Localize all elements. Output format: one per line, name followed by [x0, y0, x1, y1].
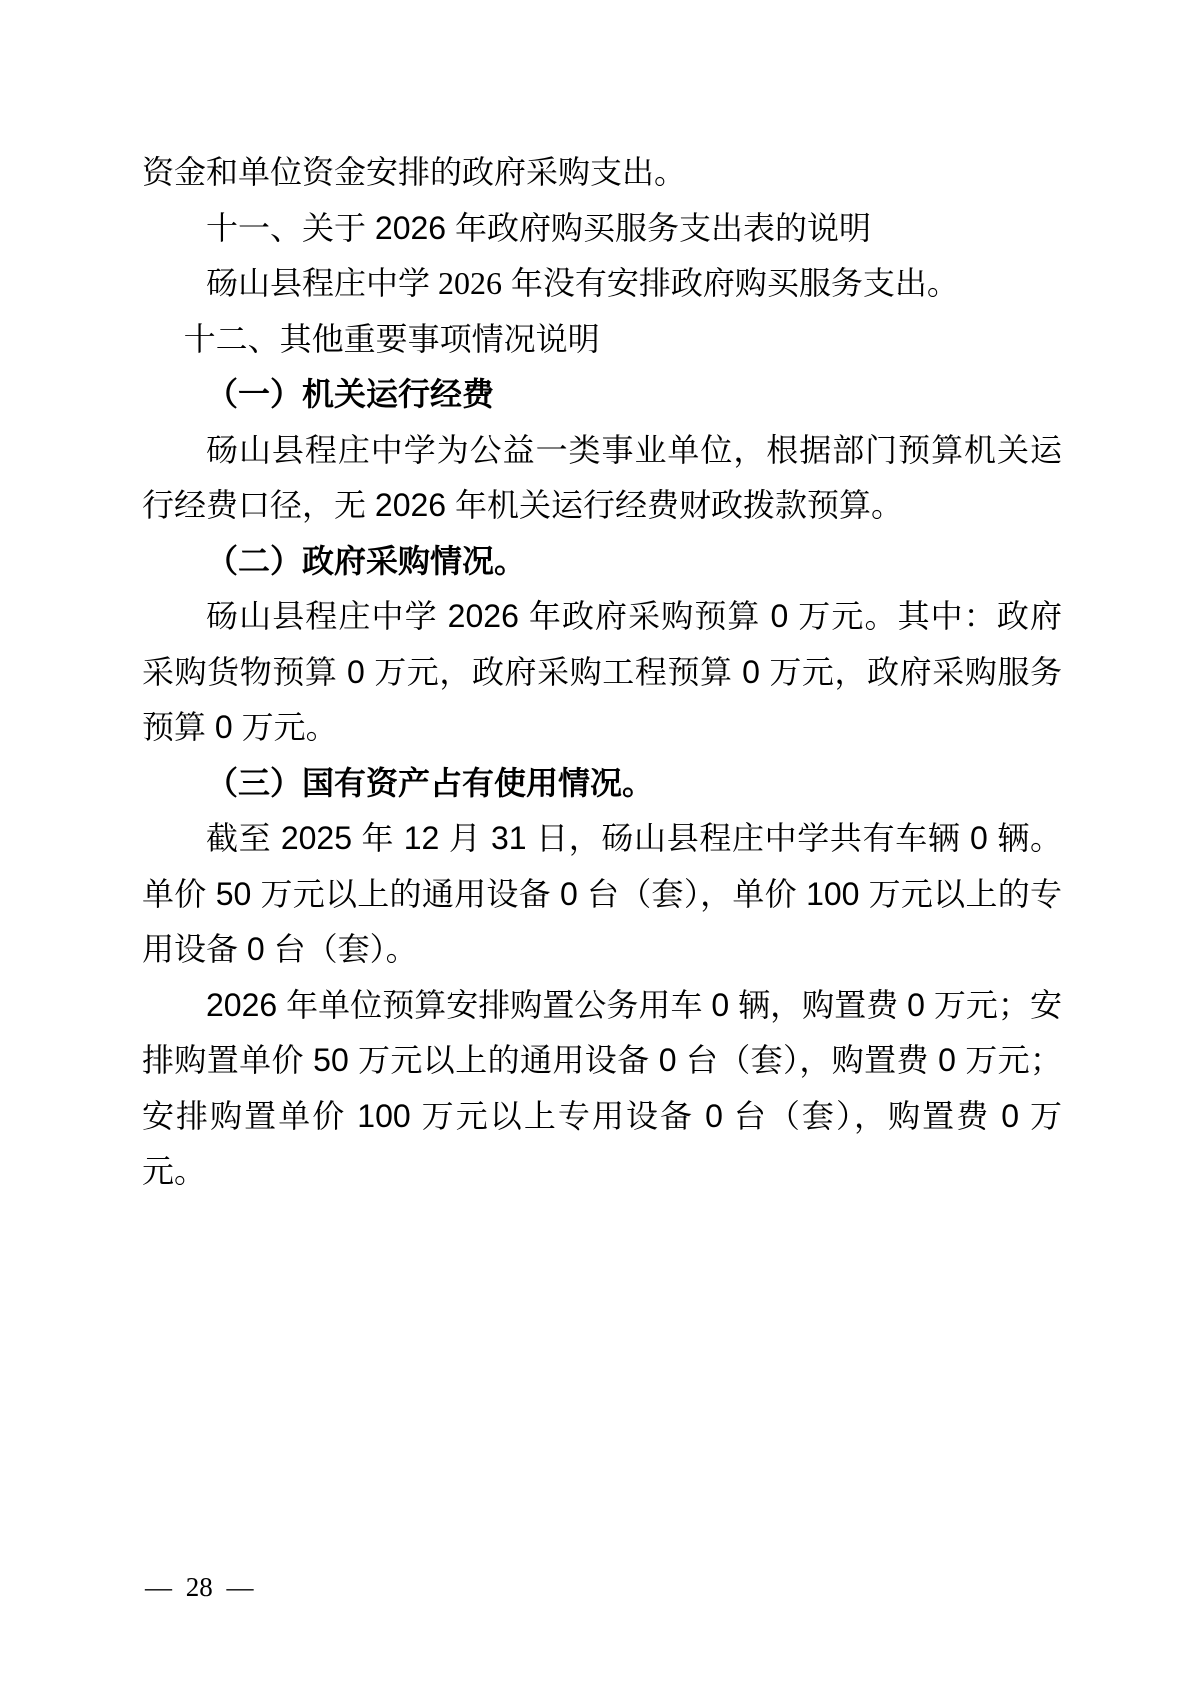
document-page: 资金和单位资金安排的政府采购支出。十一、关于 2026 年政府购买服务支出表的说… — [0, 0, 1190, 1683]
paragraph: 砀山县程庄中学 2026 年没有安排政府购买服务支出。 — [142, 256, 1062, 312]
text-run: 砀山县 — [206, 432, 305, 468]
paragraph: 2026 年单位预算安排购置公务用车 0 辆，购置费 0 万元；安排购置单价 5… — [142, 978, 1062, 1200]
unit-name-text: 程庄中学 — [699, 820, 830, 856]
section-heading: （三）国有资产占有使用情况。 — [142, 756, 1062, 812]
text-run: （一）机关运行经费 — [206, 376, 494, 412]
text-run: 砀山县 — [206, 598, 305, 634]
text-run: 2026 年单位预算安排购置公务用车 0 辆，购置费 0 万元；安排购置单价 5… — [142, 987, 1062, 1190]
section-heading: （二）政府采购情况。 — [142, 534, 1062, 590]
paragraph: 十二、其他重要事项情况说明 — [142, 312, 1062, 368]
unit-name-text: 程庄中学 2026 — [302, 265, 502, 301]
text-run: 十二、其他重要事项情况说明 — [184, 321, 600, 357]
unit-name-text: 程庄中学 — [305, 598, 437, 634]
text-run: （二）政府采购情况。 — [206, 543, 526, 579]
text-run: 砀山县 — [206, 265, 302, 301]
paragraph: 资金和单位资金安排的政府采购支出。 — [142, 145, 1062, 201]
text-run: 年没有安排政府购买服务支出。 — [502, 265, 959, 301]
section-heading: （一）机关运行经费 — [142, 367, 1062, 423]
page-number: — 28 — — [145, 1572, 254, 1603]
paragraph: 截至 2025 年 12 月 31 日，砀山县程庄中学共有车辆 0 辆。单价 5… — [142, 811, 1062, 978]
paragraph: 砀山县程庄中学 2026 年政府采购预算 0 万元。其中：政府采购货物预算 0 … — [142, 589, 1062, 756]
paragraph: 十一、关于 2026 年政府购买服务支出表的说明 — [142, 201, 1062, 257]
text-run: 十一、关于 2026 年政府购买服务支出表的说明 — [206, 210, 871, 246]
paragraph: 砀山县程庄中学为公益一类事业单位，根据部门预算机关运行经费口径，无 2026 年… — [142, 423, 1062, 534]
document-body: 资金和单位资金安排的政府采购支出。十一、关于 2026 年政府购买服务支出表的说… — [142, 145, 1062, 1200]
text-run: （三）国有资产占有使用情况。 — [206, 765, 654, 801]
text-run: 资金和单位资金安排的政府采购支出。 — [142, 154, 686, 190]
unit-name-text: 程庄中学 — [305, 432, 437, 468]
text-run: 截至 2025 年 12 月 31 日，砀山县 — [206, 820, 699, 856]
